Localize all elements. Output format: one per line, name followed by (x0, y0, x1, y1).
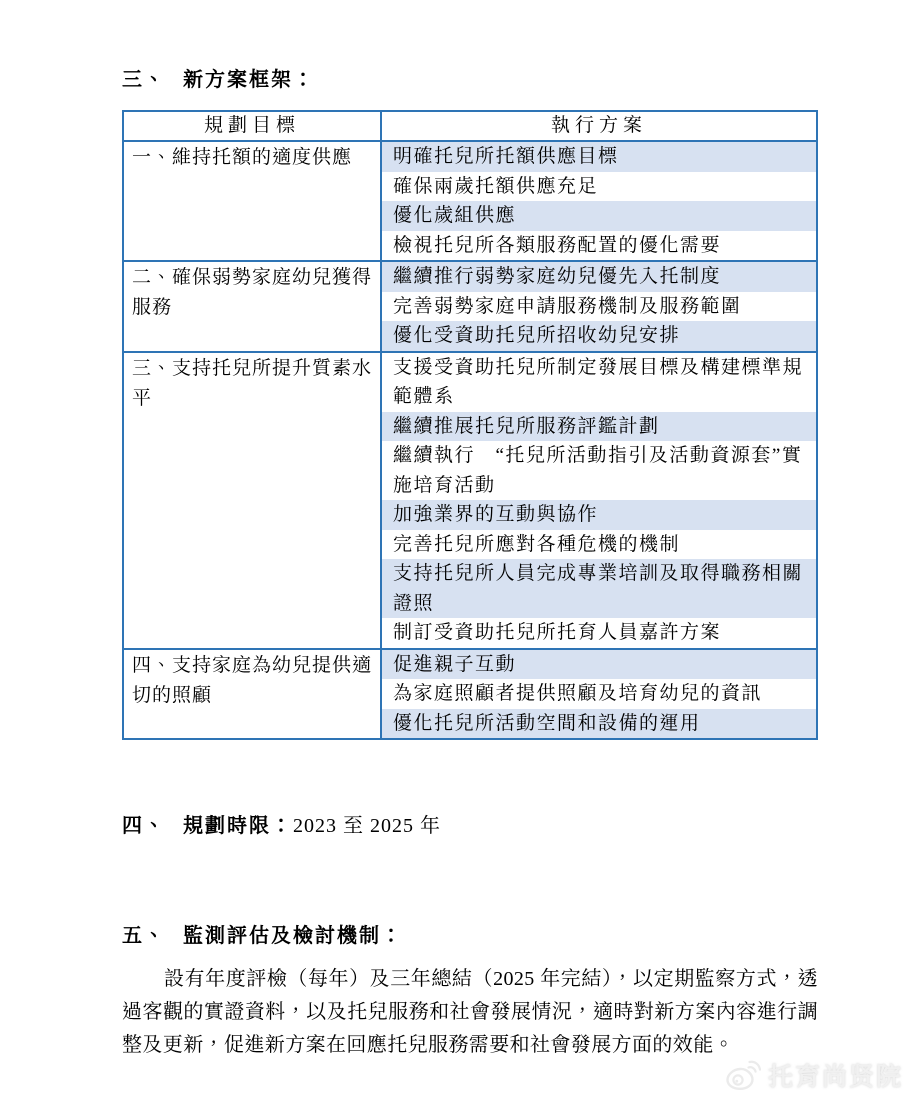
table-row: 三、支持托兒所提升質素水平支援受資助托兒所制定發展目標及構建標準規範體系繼續推展… (124, 351, 816, 648)
plan-cell: 促進親子互動 (382, 650, 816, 680)
plan-cell: 完善弱勢家庭申請服務機制及服務範圍 (382, 292, 816, 322)
table-header-row: 規劃目標 執行方案 (124, 112, 816, 142)
document-page: 三、新方案框架： 規劃目標 執行方案 一、維持托額的適度供應明確托兒所托額供應目… (0, 0, 909, 1101)
plan-cell: 確保兩歲托額供應充足 (382, 172, 816, 202)
section-4-value: 2023 至 2025 年 (293, 815, 441, 837)
plan-cell: 繼續推展托兒所服務評鑑計劃 (382, 412, 816, 442)
section-4-number: 四、 (122, 813, 166, 839)
watermark-text: 托育尚贤院 (768, 1057, 903, 1093)
column-header-plan: 執行方案 (382, 112, 816, 140)
plan-cell: 優化歲組供應 (382, 201, 816, 231)
table-row: 一、維持托額的適度供應明確托兒所托額供應目標確保兩歲托額供應充足優化歲組供應檢視… (124, 142, 816, 260)
plan-cells: 明確托兒所托額供應目標確保兩歲托額供應充足優化歲組供應檢視托兒所各類服務配置的優… (382, 142, 816, 260)
plan-cell: 繼續執行 “托兒所活動指引及活動資源套”實施培育活動 (382, 441, 816, 500)
plan-cell: 支持托兒所人員完成專業培訓及取得職務相關證照 (382, 559, 816, 618)
goal-cell: 一、維持托額的適度供應 (124, 142, 382, 260)
plan-cell: 制訂受資助托兒所托育人員嘉許方案 (382, 618, 816, 648)
goal-cell: 三、支持托兒所提升質素水平 (124, 353, 382, 648)
goal-cell: 二、確保弱勢家庭幼兒獲得服務 (124, 262, 382, 351)
section-4-label: 規劃時限： (183, 815, 293, 837)
plan-cell: 明確托兒所托額供應目標 (382, 142, 816, 172)
plan-cell: 優化受資助托兒所招收幼兒安排 (382, 321, 816, 351)
plan-cell: 完善托兒所應對各種危機的機制 (382, 530, 816, 560)
column-header-goal: 規劃目標 (124, 112, 382, 140)
plan-cells: 支援受資助托兒所制定發展目標及構建標準規範體系繼續推展托兒所服務評鑑計劃繼續執行… (382, 353, 816, 648)
section-4-heading: 四、規劃時限：2023 至 2025 年 (122, 813, 818, 839)
plan-cell: 繼續推行弱勢家庭幼兒優先入托制度 (382, 262, 816, 292)
goal-cell: 四、支持家庭為幼兒提供適切的照顧 (124, 650, 382, 739)
monitoring-paragraph: 設有年度評檢（每年）及三年總結（2025 年完結），以定期監察方式，透過客觀的實… (122, 963, 818, 1062)
section-3-heading: 三、新方案框架： (122, 67, 818, 93)
plan-cell: 加強業界的互動與協作 (382, 500, 816, 530)
section-3-number: 三、 (122, 67, 166, 93)
table-row: 四、支持家庭為幼兒提供適切的照顧促進親子互動為家庭照顧者提供照顧及培育幼兒的資訊… (124, 648, 816, 739)
framework-table: 規劃目標 執行方案 一、維持托額的適度供應明確托兒所托額供應目標確保兩歲托額供應… (122, 110, 818, 740)
weibo-icon (725, 1060, 761, 1091)
plan-cell: 優化托兒所活動空間和設備的運用 (382, 709, 816, 739)
section-3-title: 新方案框架： (183, 69, 315, 91)
section-5-title: 監測評估及檢討機制： (183, 925, 403, 947)
section-5-heading: 五、監測評估及檢討機制： (122, 923, 818, 949)
plan-cells: 繼續推行弱勢家庭幼兒優先入托制度完善弱勢家庭申請服務機制及服務範圍優化受資助托兒… (382, 262, 816, 351)
plan-cell: 為家庭照顧者提供照顧及培育幼兒的資訊 (382, 679, 816, 709)
plan-cell: 檢視托兒所各類服務配置的優化需要 (382, 231, 816, 261)
plan-cell: 支援受資助托兒所制定發展目標及構建標準規範體系 (382, 353, 816, 412)
plan-cells: 促進親子互動為家庭照顧者提供照顧及培育幼兒的資訊優化托兒所活動空間和設備的運用 (382, 650, 816, 739)
section-5-number: 五、 (122, 923, 166, 949)
watermark: 托育尚贤院 (725, 1057, 903, 1093)
table-row: 二、確保弱勢家庭幼兒獲得服務繼續推行弱勢家庭幼兒優先入托制度完善弱勢家庭申請服務… (124, 260, 816, 351)
